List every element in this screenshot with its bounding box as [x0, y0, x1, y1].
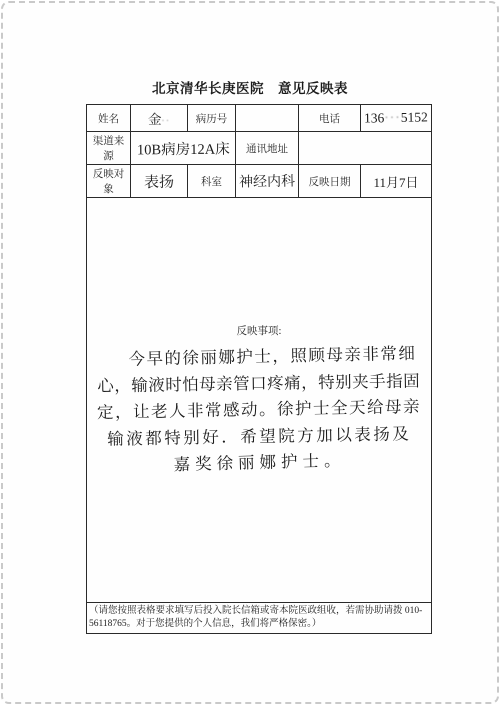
footer-note: （请您按照表格要求填写后投入院长信箱或寄本院医政组收，若需协助请拨 010-56… — [89, 605, 429, 632]
department-handwriting: 神经内科 — [239, 171, 295, 192]
row-matters: 反映事项: 今早的徐丽娜护士，照顾母亲非常细 心，输液时怕母亲管口疼痛，特别夹手… — [87, 198, 432, 603]
scanned-form-sheet: 北京清华长庚医院 意见反映表 姓名 金·· 病历号 电话 136···5152 … — [1, 1, 499, 704]
row-channel-address: 渠道来源 10B病房12A床 通讯地址 — [87, 132, 432, 165]
date-label: 反映日期 — [299, 165, 361, 198]
phone-value: 136···5152 — [361, 105, 432, 132]
record-number-label: 病历号 — [188, 105, 236, 132]
row-name-record-phone: 姓名 金·· 病历号 电话 136···5152 — [87, 105, 432, 132]
feedback-form-table: 姓名 金·· 病历号 电话 136···5152 渠道来源 10B病房12A床 … — [86, 104, 432, 634]
footer-note-cell: （请您按照表格要求填写后投入院长信箱或寄本院医政组收，若需协助请拨 010-56… — [87, 603, 432, 634]
matters-handwriting: 今早的徐丽娜护士，照顾母亲非常细 心，输液时怕母亲管口疼痛，特别夹手指固 定，让… — [88, 342, 429, 478]
row-subject-dept-date: 反映对象 表扬 科室 神经内科 反映日期 11月7日 — [87, 165, 432, 198]
phone-handwriting: 136···5152 — [364, 109, 428, 126]
department-value: 神经内科 — [236, 165, 299, 198]
row-footer-note: （请您按照表格要求填写后投入院长信箱或寄本院医政组收，若需协助请拨 010-56… — [87, 603, 432, 634]
subject-handwriting: 表扬 — [144, 170, 174, 192]
matters-cell: 反映事项: 今早的徐丽娜护士，照顾母亲非常细 心，输液时怕母亲管口疼痛，特别夹手… — [87, 198, 432, 603]
name-redaction: ·· — [161, 116, 170, 127]
name-value: 金·· — [131, 105, 188, 132]
address-label: 通讯地址 — [236, 132, 299, 165]
name-label: 姓名 — [87, 105, 131, 132]
channel-handwriting: 10B病房12A床 — [137, 137, 230, 159]
channel-value: 10B病房12A床 — [131, 132, 236, 165]
matters-label: 反映事项: — [89, 323, 429, 338]
phone-redaction: ··· — [384, 110, 401, 125]
page-title: 北京清华长庚医院 意见反映表 — [3, 77, 497, 97]
department-label: 科室 — [188, 165, 236, 198]
date-handwriting: 11月7日 — [373, 172, 418, 191]
phone-label: 电话 — [299, 105, 361, 132]
date-value: 11月7日 — [361, 165, 432, 198]
subject-value: 表扬 — [131, 165, 188, 198]
address-value — [299, 132, 432, 165]
record-number-value — [236, 105, 299, 132]
name-handwriting: 金 — [148, 108, 162, 128]
channel-label: 渠道来源 — [87, 132, 131, 165]
subject-label: 反映对象 — [87, 165, 131, 198]
